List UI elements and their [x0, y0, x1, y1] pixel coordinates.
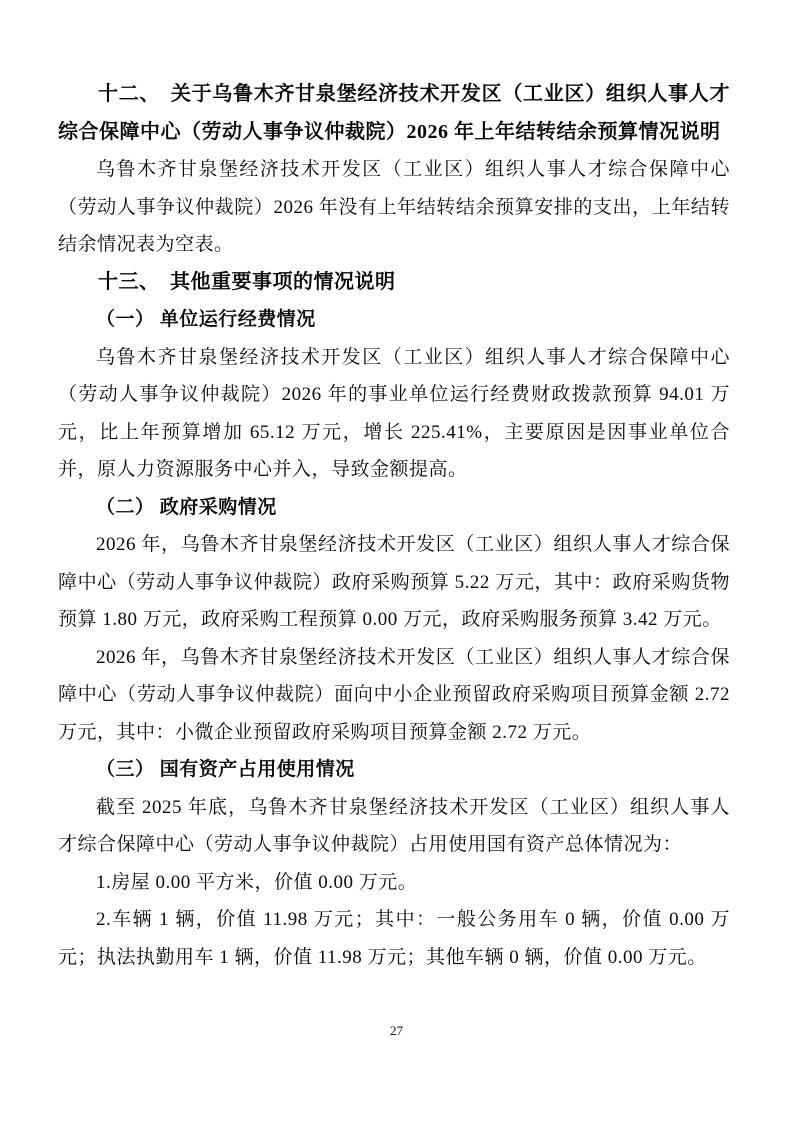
section-heading-thirteen: 十三、 其他重要事项的情况说明 [58, 264, 730, 302]
subheading-government-procurement: （二） 政府采购情况 [58, 489, 730, 527]
document-page: 十二、 关于乌鲁木齐甘泉堡经济技术开发区（工业区）组织人事人才综合保障中心（劳动… [0, 0, 793, 1122]
paragraph-carryover-explanation: 乌鲁木齐甘泉堡经济技术开发区（工业区）组织人事人才综合保障中心（劳动人事争议仲裁… [58, 151, 730, 264]
paragraph-asset-vehicles: 2.车辆 1 辆，价值 11.98 万元；其中：一般公务用车 0 辆，价值 0.… [58, 901, 730, 976]
section-heading-twelve: 十二、 关于乌鲁木齐甘泉堡经济技术开发区（工业区）组织人事人才综合保障中心（劳动… [58, 76, 730, 151]
paragraph-sme-reserved-procurement: 2026 年，乌鲁木齐甘泉堡经济技术开发区（工业区）组织人事人才综合保障中心（劳… [58, 639, 730, 752]
paragraph-asset-overview: 截至 2025 年底，乌鲁木齐甘泉堡经济技术开发区（工业区）组织人事人才综合保障… [58, 789, 730, 864]
paragraph-procurement-budget: 2026 年，乌鲁木齐甘泉堡经济技术开发区（工业区）组织人事人才综合保障中心（劳… [58, 526, 730, 639]
page-number: 27 [390, 1023, 403, 1038]
paragraph-operating-expenses: 乌鲁木齐甘泉堡经济技术开发区（工业区）组织人事人才综合保障中心（劳动人事争议仲裁… [58, 339, 730, 489]
subheading-state-owned-assets: （三） 国有资产占用使用情况 [58, 751, 730, 789]
subheading-operating-expenses: （一） 单位运行经费情况 [58, 301, 730, 339]
paragraph-asset-housing: 1.房屋 0.00 平方米，价值 0.00 万元。 [58, 864, 730, 902]
page-footer: 27 [0, 1022, 793, 1040]
document-content: 十二、 关于乌鲁木齐甘泉堡经济技术开发区（工业区）组织人事人才综合保障中心（劳动… [58, 76, 730, 976]
